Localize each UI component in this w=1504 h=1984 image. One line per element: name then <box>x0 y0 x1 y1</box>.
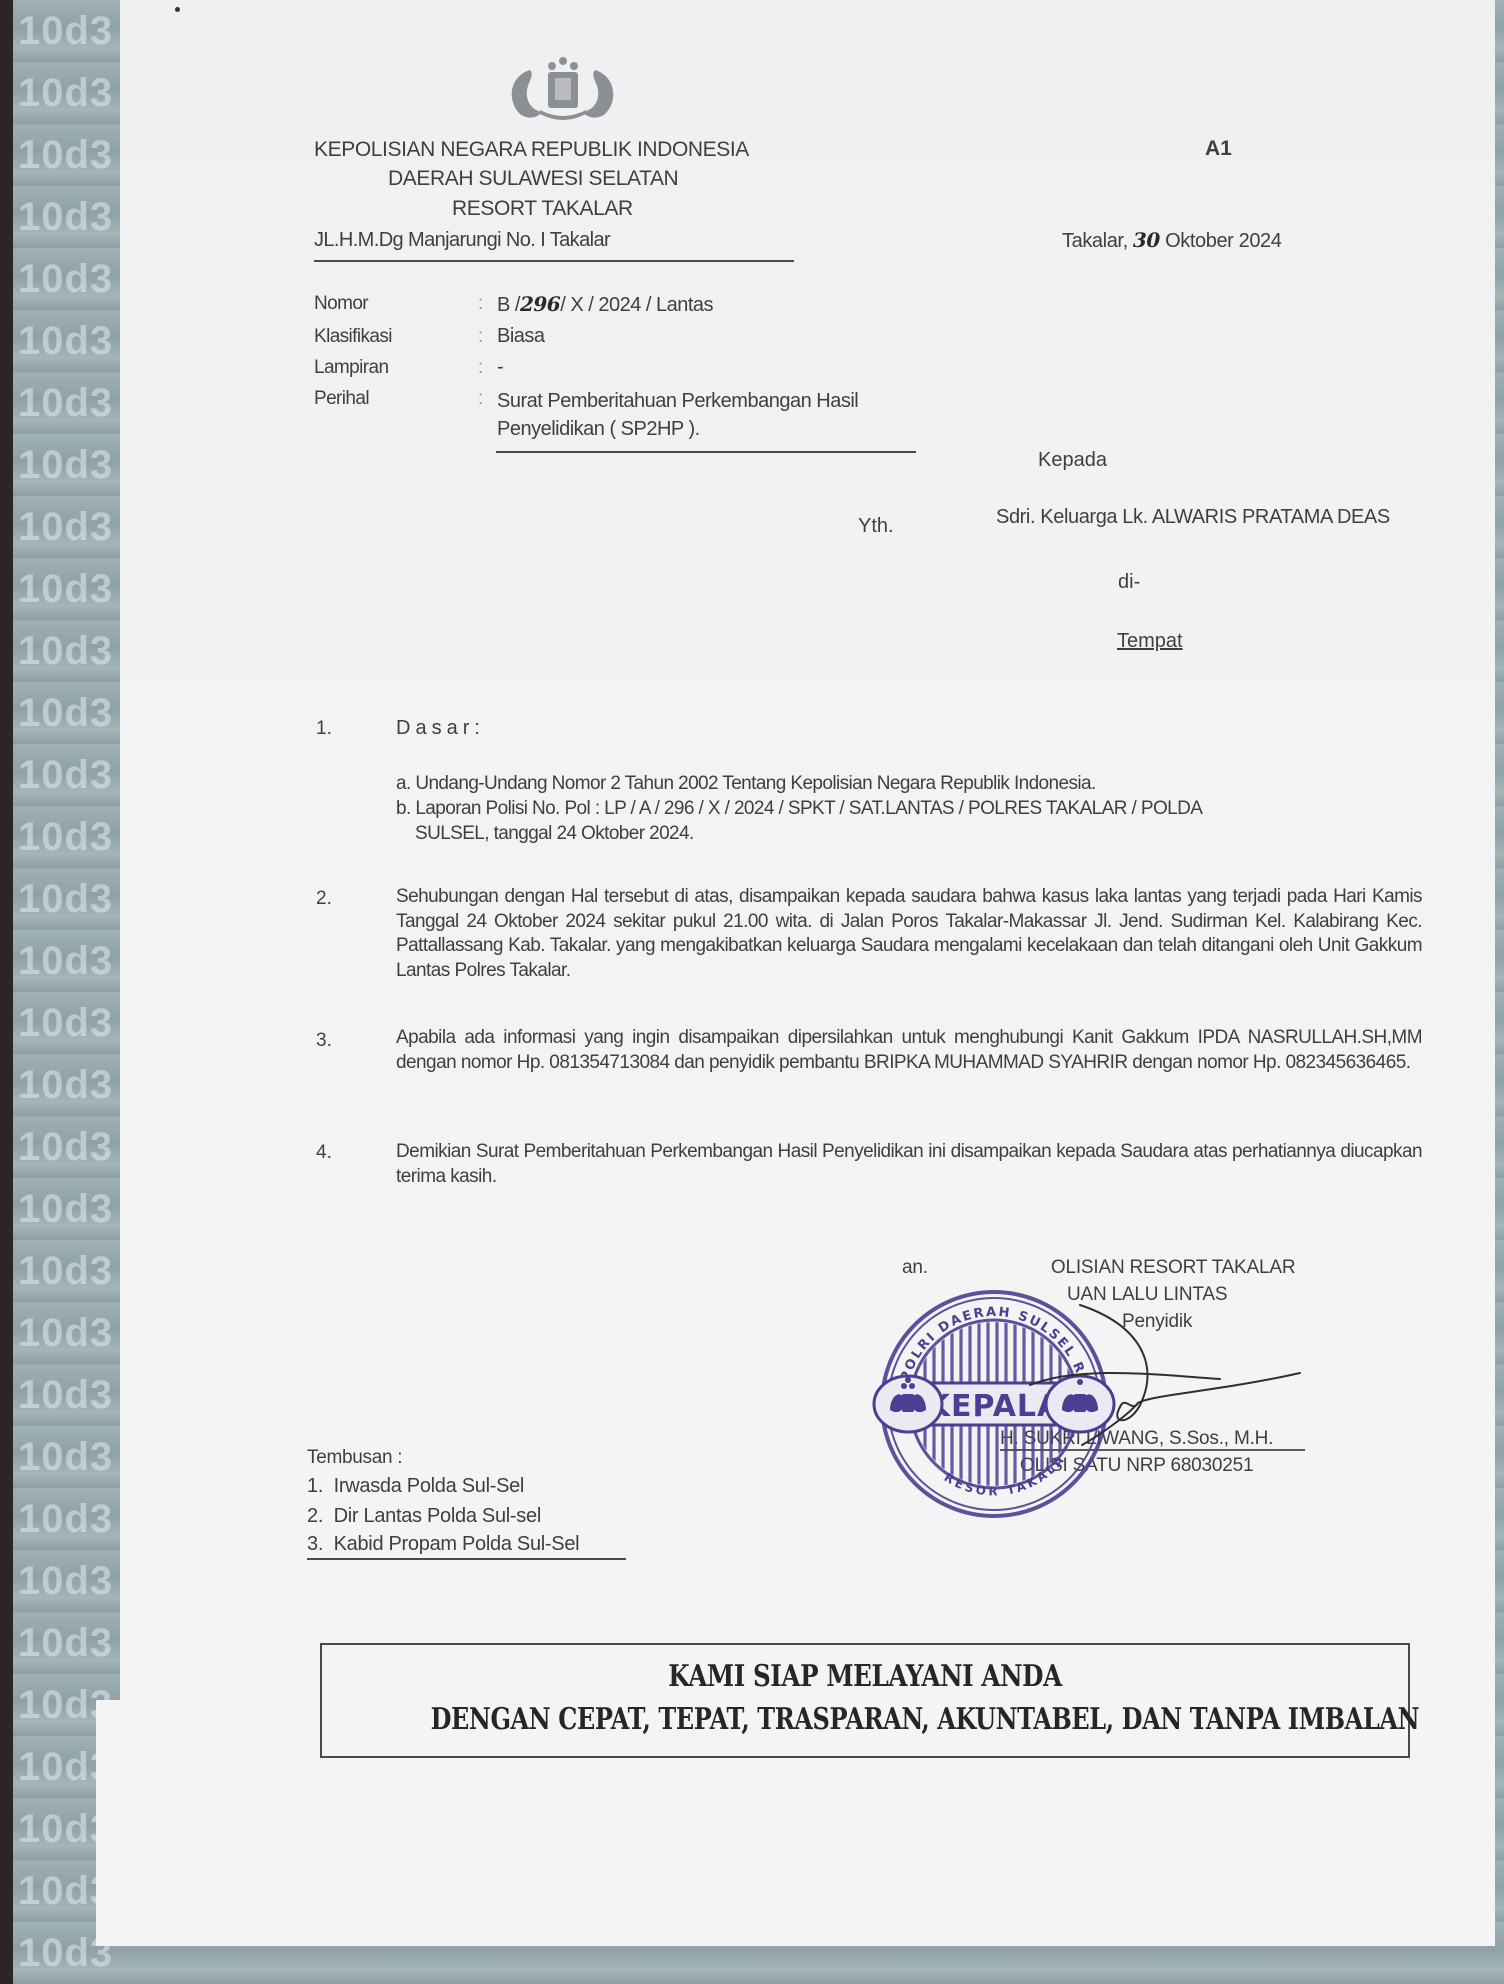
institution-address: JL.H.M.Dg Manjarungi No. I Takalar <box>314 229 610 252</box>
di-label: di- <box>1118 571 1140 594</box>
lampiran-label: Lampiran <box>314 357 388 379</box>
paragraph-4-text: Demikian Surat Pemberitahuan Perkembanga… <box>396 1140 1422 1189</box>
tempat-label: Tempat <box>1117 630 1183 653</box>
motto-line1: KAMI SIAP MELAYANI ANDA <box>420 1659 1311 1694</box>
tembusan-item-1-text: Irwasda Polda Sul-Sel <box>334 1475 524 1497</box>
paragraph-4-number: 4. <box>316 1142 332 1164</box>
lampiran-value: - <box>497 356 503 379</box>
paragraph-2-text: Sehubungan dengan Hal tersebut di atas, … <box>396 885 1422 983</box>
nomor-value: B /296/ X / 2024 / Lantas <box>497 292 713 317</box>
klasifikasi-label: Klasifikasi <box>314 326 392 348</box>
klasifikasi-value: Biasa <box>497 325 545 348</box>
polri-emblem-icon <box>500 52 625 124</box>
tembusan-item-3-text: Kabid Propam Polda Sul-Sel <box>334 1533 580 1555</box>
motto-box: KAMI SIAP MELAYANI ANDA DENGAN CEPAT, TE… <box>320 1643 1410 1758</box>
yth-label: Yth. <box>858 515 894 538</box>
perihal-value-line2: Penyelidikan ( SP2HP ). <box>497 418 700 441</box>
nomor-suffix: / X / 2024 / Lantas <box>560 294 713 316</box>
tembusan-label: Tembusan : <box>307 1447 402 1469</box>
perihal-underline <box>496 451 916 453</box>
nomor-colon: : <box>478 293 483 315</box>
letterhead-divider <box>314 260 794 262</box>
tembusan-item-3: 3. Kabid Propam Polda Sul-Sel <box>307 1533 579 1556</box>
paragraph-3-text: Apabila ada informasi yang ingin disampa… <box>396 1026 1422 1075</box>
tembusan-item-3-number: 3. <box>307 1533 323 1555</box>
perihal-value-line1: Surat Pemberitahuan Perkembangan Hasil <box>497 390 858 413</box>
nomor-handwritten: 296 <box>520 292 560 316</box>
paragraph-1-heading: Dasar: <box>396 717 485 740</box>
nomor-prefix: B / <box>497 294 520 316</box>
reference-b-letter: b. <box>396 798 411 819</box>
motto-line2: DENGAN CEPAT, TEPAT, TRASPARAN, AKUNTABE… <box>431 1702 1300 1737</box>
institution-line1: KEPOLISIAN NEGARA REPUBLIK INDONESIA <box>314 138 749 162</box>
reference-b-text-line1: Laporan Polisi No. Pol : LP / A / 296 / … <box>415 798 1202 819</box>
signature-line1: an. OLISIAN RESORT TAKALAR <box>902 1257 1295 1279</box>
tembusan-item-1: 1. Irwasda Polda Sul-Sel <box>307 1475 524 1498</box>
institution-line2: DAERAH SULAWESI SELATAN <box>388 167 678 191</box>
recipient-name: Sdri. Keluarga Lk. ALWARIS PRATAMA DEAS <box>996 506 1390 529</box>
an-prefix: an. <box>902 1257 933 1278</box>
ink-speck <box>175 7 180 12</box>
tembusan-item-1-number: 1. <box>307 1475 323 1497</box>
reference-a: a. Undang-Undang Nomor 2 Tahun 2002 Tent… <box>396 773 1096 795</box>
kepada-label: Kepada <box>1038 449 1107 472</box>
tembusan-item-2-text: Dir Lantas Polda Sul-sel <box>334 1505 541 1527</box>
reference-b-text-line2: SULSEL, tanggal 24 Oktober 2024. <box>415 823 694 845</box>
place: Takalar, <box>1062 230 1133 252</box>
reference-a-text: Undang-Undang Nomor 2 Tahun 2002 Tentang… <box>415 773 1095 794</box>
month-year: Oktober 2024 <box>1160 230 1282 252</box>
tembusan-item-2: 2. Dir Lantas Polda Sul-sel <box>307 1505 541 1528</box>
signature-line1-visible: OLISIAN RESORT TAKALAR <box>1051 1257 1295 1278</box>
paragraph-3-number: 3. <box>316 1030 332 1052</box>
handwritten-signature-icon <box>1020 1295 1320 1475</box>
background-watermark: 10d3 10d3 10d3 10d3 10d3 10d3 10d3 10d3 … <box>18 0 118 1984</box>
photo-edge-dark <box>0 0 13 1984</box>
tembusan-item-2-number: 2. <box>307 1505 323 1527</box>
nomor-label: Nomor <box>314 293 368 315</box>
place-date: Takalar, 30 Oktober 2024 <box>1062 228 1282 253</box>
tembusan-underline <box>307 1558 626 1560</box>
paragraph-2-number: 2. <box>316 888 332 910</box>
paragraph-1-number: 1. <box>316 718 332 740</box>
form-code: A1 <box>1205 137 1232 161</box>
perihal-label: Perihal <box>314 388 369 410</box>
handwritten-day: 30 <box>1133 228 1160 252</box>
klasifikasi-colon: : <box>478 326 483 348</box>
perihal-colon: : <box>478 388 483 410</box>
reference-b: b. Laporan Polisi No. Pol : LP / A / 296… <box>396 798 1202 820</box>
reference-a-letter: a. <box>396 773 411 794</box>
institution-line3: RESORT TAKALAR <box>452 197 633 221</box>
lampiran-colon: : <box>478 357 483 379</box>
